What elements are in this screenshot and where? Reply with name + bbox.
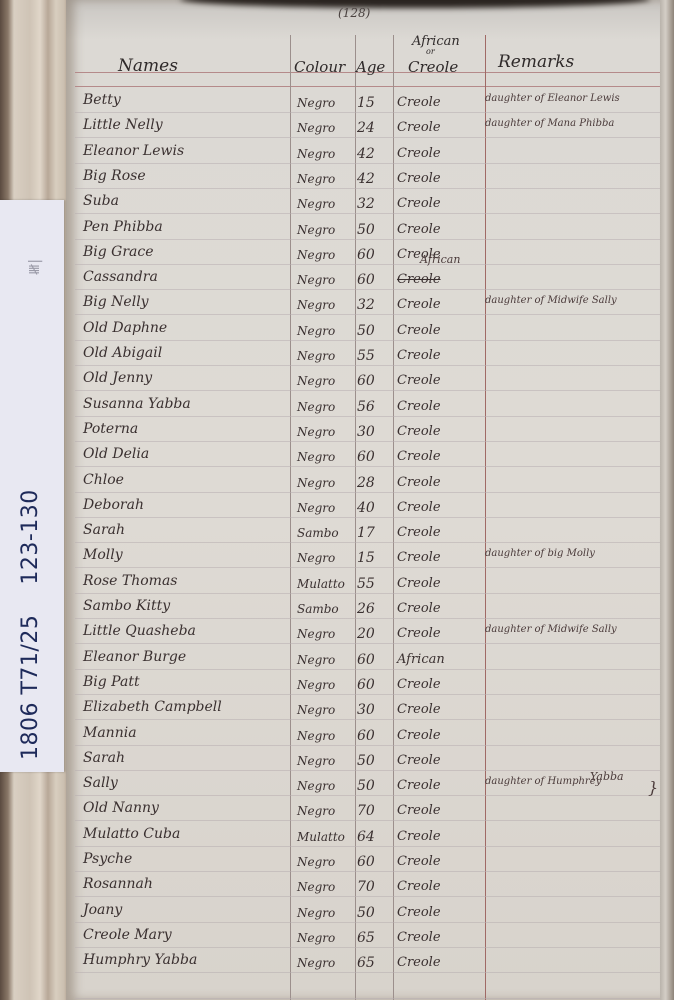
table-row: SarahSambo17Creole <box>75 522 660 548</box>
table-row: Eleanor LewisNegro42Creole <box>75 143 660 169</box>
sally-remark-insert: Yabba <box>590 770 624 783</box>
age-cell: 32 <box>357 297 375 313</box>
colour-cell: Negro <box>297 172 335 186</box>
colour-cell: Negro <box>297 779 335 793</box>
table-row: SarahNegro50Creole <box>75 750 660 776</box>
origin-cell: Creole <box>397 424 441 439</box>
table-row: Old AbigailNegro55Creole <box>75 345 660 371</box>
name-cell: Old Abigail <box>83 345 162 361</box>
origin-cell: Creole <box>397 171 441 186</box>
age-cell: 30 <box>357 424 375 440</box>
colour-cell: Negro <box>297 804 335 818</box>
remark-cell: daughter of big Molly <box>485 548 595 559</box>
age-cell: 60 <box>357 854 375 870</box>
name-cell: Big Nelly <box>83 294 149 310</box>
tally-mark: 𝍸| <box>24 259 48 275</box>
origin-cell: Creole <box>397 778 441 793</box>
header-bottom-rule <box>75 86 660 87</box>
name-cell: Old Nanny <box>83 800 159 816</box>
name-cell: Cassandra <box>83 269 158 285</box>
origin-cell: Creole <box>397 576 441 591</box>
name-cell: Sally <box>83 775 118 791</box>
table-row: Rose ThomasMulatto55Creole <box>75 573 660 599</box>
table-row: Little NellyNegro24Creoledaughter of Man… <box>75 117 660 143</box>
table-row: DeborahNegro40Creole <box>75 497 660 523</box>
colour-cell: Negro <box>297 425 335 439</box>
colour-cell: Negro <box>297 551 335 565</box>
origin-cell: African <box>397 652 445 667</box>
colour-cell: Negro <box>297 298 335 312</box>
origin-cell: Creole <box>397 399 441 414</box>
origin-cell: Creole <box>397 323 441 338</box>
name-cell: Rosannah <box>83 876 153 892</box>
name-cell: Sarah <box>83 750 125 766</box>
header-colour: Colour <box>294 58 345 76</box>
origin-cell: Creole <box>397 601 441 616</box>
table-row: Susanna YabbaNegro56Creole <box>75 396 660 422</box>
origin-cell: Creole <box>397 146 441 161</box>
remark-cell: daughter of Eleanor Lewis <box>485 93 620 104</box>
name-cell: Betty <box>83 92 121 108</box>
name-cell: Chloe <box>83 472 124 488</box>
table-row: SallyNegro50Creoledaughter of Humphrey <box>75 775 660 801</box>
ruled-line <box>75 998 660 999</box>
colour-cell: Negro <box>297 653 335 667</box>
name-cell: Big Grace <box>83 244 154 260</box>
header-age: Age <box>356 58 385 76</box>
table-row: JoanyNegro50Creole <box>75 902 660 928</box>
name-cell: Sarah <box>83 522 125 538</box>
colour-cell: Negro <box>297 501 335 515</box>
age-cell: 56 <box>357 399 375 415</box>
origin-cell: Creole <box>397 373 441 388</box>
age-cell: 15 <box>357 550 375 566</box>
page-right-edge <box>660 0 674 1000</box>
colour-cell: Negro <box>297 147 335 161</box>
name-cell: Sambo Kitty <box>83 598 170 614</box>
origin-cell: Creole <box>397 500 441 515</box>
colour-cell: Negro <box>297 729 335 743</box>
table-row: CassandraNegro60Creole <box>75 269 660 295</box>
name-cell: Big Patt <box>83 674 140 690</box>
name-cell: Psyche <box>83 851 132 867</box>
name-cell: Molly <box>83 547 123 563</box>
header-origin-or: or <box>426 47 435 56</box>
name-cell: Eleanor Lewis <box>83 143 184 159</box>
age-cell: 60 <box>357 728 375 744</box>
sally-bracket: } <box>648 778 658 797</box>
age-cell: 70 <box>357 803 375 819</box>
header-origin-creole: Creole <box>408 58 458 76</box>
age-cell: 60 <box>357 652 375 668</box>
remark-cell: daughter of Midwife Sally <box>485 624 617 635</box>
origin-cell: Creole <box>397 626 441 641</box>
age-cell: 70 <box>357 879 375 895</box>
header-names: Names <box>118 56 178 76</box>
age-cell: 64 <box>357 829 375 845</box>
age-cell: 60 <box>357 247 375 263</box>
origin-cell: Creole <box>397 272 441 287</box>
colour-cell: Negro <box>297 931 335 945</box>
name-cell: Joany <box>83 902 122 918</box>
age-cell: 24 <box>357 120 375 136</box>
archive-page-range: 123-130 <box>18 489 43 584</box>
colour-cell: Negro <box>297 223 335 237</box>
colour-cell: Sambo <box>297 602 339 616</box>
colour-cell: Negro <box>297 855 335 869</box>
origin-cell: Creole <box>397 905 441 920</box>
header-origin-african: African <box>412 34 460 49</box>
name-cell: Suba <box>83 193 119 209</box>
remark-cell: daughter of Midwife Sally <box>485 295 617 306</box>
origin-cell: Creole <box>397 297 441 312</box>
cassandra-origin-insert: African <box>420 253 460 266</box>
table-row: Creole MaryNegro65Creole <box>75 927 660 953</box>
age-cell: 55 <box>357 576 375 592</box>
name-cell: Poterna <box>83 421 138 437</box>
colour-cell: Negro <box>297 349 335 363</box>
age-cell: 50 <box>357 323 375 339</box>
origin-cell: Creole <box>397 955 441 970</box>
age-cell: 60 <box>357 677 375 693</box>
table-row: MollyNegro15Creoledaughter of big Molly <box>75 547 660 573</box>
name-cell: Pen Phibba <box>83 219 163 235</box>
colour-cell: Negro <box>297 96 335 110</box>
age-cell: 65 <box>357 955 375 971</box>
name-cell: Little Quasheba <box>83 623 196 639</box>
table-row: Old DaphneNegro50Creole <box>75 320 660 346</box>
table-row: RosannahNegro70Creole <box>75 876 660 902</box>
origin-cell: Creole <box>397 196 441 211</box>
table-row: SubaNegro32Creole <box>75 193 660 219</box>
origin-cell: Creole <box>397 829 441 844</box>
colour-cell: Negro <box>297 400 335 414</box>
table-row: Old DeliaNegro60Creole <box>75 446 660 472</box>
colour-cell: Negro <box>297 374 335 388</box>
origin-cell: Creole <box>397 525 441 540</box>
table-row: Old JennyNegro60Creole <box>75 370 660 396</box>
table-row: Humphry YabbaNegro65Creole <box>75 952 660 978</box>
table-row: PoternaNegro30Creole <box>75 421 660 447</box>
age-cell: 26 <box>357 601 375 617</box>
origin-cell: Creole <box>397 803 441 818</box>
table-row: Big PattNegro60Creole <box>75 674 660 700</box>
header-remarks: Remarks <box>498 52 574 72</box>
name-cell: Humphry Yabba <box>83 952 197 968</box>
colour-cell: Negro <box>297 754 335 768</box>
colour-cell: Negro <box>297 906 335 920</box>
origin-cell: Creole <box>397 854 441 869</box>
age-cell: 50 <box>357 753 375 769</box>
table-row: Big RoseNegro42Creole <box>75 168 660 194</box>
origin-cell: Creole <box>397 449 441 464</box>
age-cell: 50 <box>357 778 375 794</box>
name-cell: Mannia <box>83 725 137 741</box>
colour-cell: Negro <box>297 476 335 490</box>
age-cell: 60 <box>357 272 375 288</box>
name-cell: Eleanor Burge <box>83 649 186 665</box>
age-cell: 50 <box>357 905 375 921</box>
name-cell: Old Jenny <box>83 370 152 386</box>
table-row: Sambo KittySambo26Creole <box>75 598 660 624</box>
age-cell: 60 <box>357 449 375 465</box>
origin-cell: Creole <box>397 879 441 894</box>
age-cell: 50 <box>357 222 375 238</box>
origin-cell: Creole <box>397 95 441 110</box>
name-cell: Rose Thomas <box>83 573 177 589</box>
colour-cell: Negro <box>297 121 335 135</box>
age-cell: 17 <box>357 525 375 541</box>
colour-cell: Negro <box>297 248 335 262</box>
age-cell: 55 <box>357 348 375 364</box>
colour-cell: Negro <box>297 324 335 338</box>
age-cell: 20 <box>357 626 375 642</box>
name-cell: Big Rose <box>83 168 146 184</box>
origin-cell: Creole <box>397 728 441 743</box>
origin-cell: Creole <box>397 702 441 717</box>
table-row: BettyNegro15Creoledaughter of Eleanor Le… <box>75 92 660 118</box>
archive-reference: 1806 T71/25 <box>18 615 43 760</box>
table-row: Elizabeth CampbellNegro30Creole <box>75 699 660 725</box>
age-cell: 65 <box>357 930 375 946</box>
name-cell: Old Daphne <box>83 320 167 336</box>
age-cell: 15 <box>357 95 375 111</box>
page-number: (128) <box>338 6 370 20</box>
table-row: Little QuashebaNegro20Creoledaughter of … <box>75 623 660 649</box>
colour-cell: Negro <box>297 703 335 717</box>
name-cell: Creole Mary <box>83 927 172 943</box>
colour-cell: Sambo <box>297 526 339 540</box>
colour-cell: Negro <box>297 956 335 970</box>
name-cell: Deborah <box>83 497 144 513</box>
archive-label-text: 1806 T71/25123-130 <box>18 489 43 760</box>
table-row: Mulatto CubaMulatto64Creole <box>75 826 660 852</box>
colour-cell: Negro <box>297 678 335 692</box>
name-cell: Susanna Yabba <box>83 396 191 412</box>
remark-cell: daughter of Humphrey <box>485 776 601 787</box>
origin-cell: Creole <box>397 677 441 692</box>
origin-cell: Creole <box>397 753 441 768</box>
name-cell: Little Nelly <box>83 117 163 133</box>
origin-cell: Creole <box>397 120 441 135</box>
table-row: ManniaNegro60Creole <box>75 725 660 751</box>
colour-cell: Negro <box>297 273 335 287</box>
origin-cell: Creole <box>397 222 441 237</box>
colour-cell: Negro <box>297 450 335 464</box>
age-cell: 60 <box>357 373 375 389</box>
table-row: Eleanor BurgeNegro60African <box>75 649 660 675</box>
origin-cell: Creole <box>397 550 441 565</box>
table-row: ChloeNegro28Creole <box>75 472 660 498</box>
origin-cell: Creole <box>397 348 441 363</box>
table-row: Pen PhibbaNegro50Creole <box>75 219 660 245</box>
archive-label-tab: 1806 T71/25123-130 <box>0 200 64 772</box>
colour-cell: Mulatto <box>297 577 345 591</box>
table-row: Big NellyNegro32Creoledaughter of Midwif… <box>75 294 660 320</box>
table-row: Big GraceNegro60Creole <box>75 244 660 270</box>
colour-cell: Negro <box>297 197 335 211</box>
age-cell: 42 <box>357 146 375 162</box>
colour-cell: Negro <box>297 880 335 894</box>
table-row: Old NannyNegro70Creole <box>75 800 660 826</box>
age-cell: 42 <box>357 171 375 187</box>
age-cell: 32 <box>357 196 375 212</box>
age-cell: 40 <box>357 500 375 516</box>
origin-cell: Creole <box>397 475 441 490</box>
name-cell: Mulatto Cuba <box>83 826 180 842</box>
origin-cell: Creole <box>397 930 441 945</box>
age-cell: 28 <box>357 475 375 491</box>
colour-cell: Negro <box>297 627 335 641</box>
table-row: PsycheNegro60Creole <box>75 851 660 877</box>
name-cell: Elizabeth Campbell <box>83 699 222 715</box>
name-cell: Old Delia <box>83 446 149 462</box>
age-cell: 30 <box>357 702 375 718</box>
colour-cell: Mulatto <box>297 830 345 844</box>
remark-cell: daughter of Mana Phibba <box>485 118 614 129</box>
